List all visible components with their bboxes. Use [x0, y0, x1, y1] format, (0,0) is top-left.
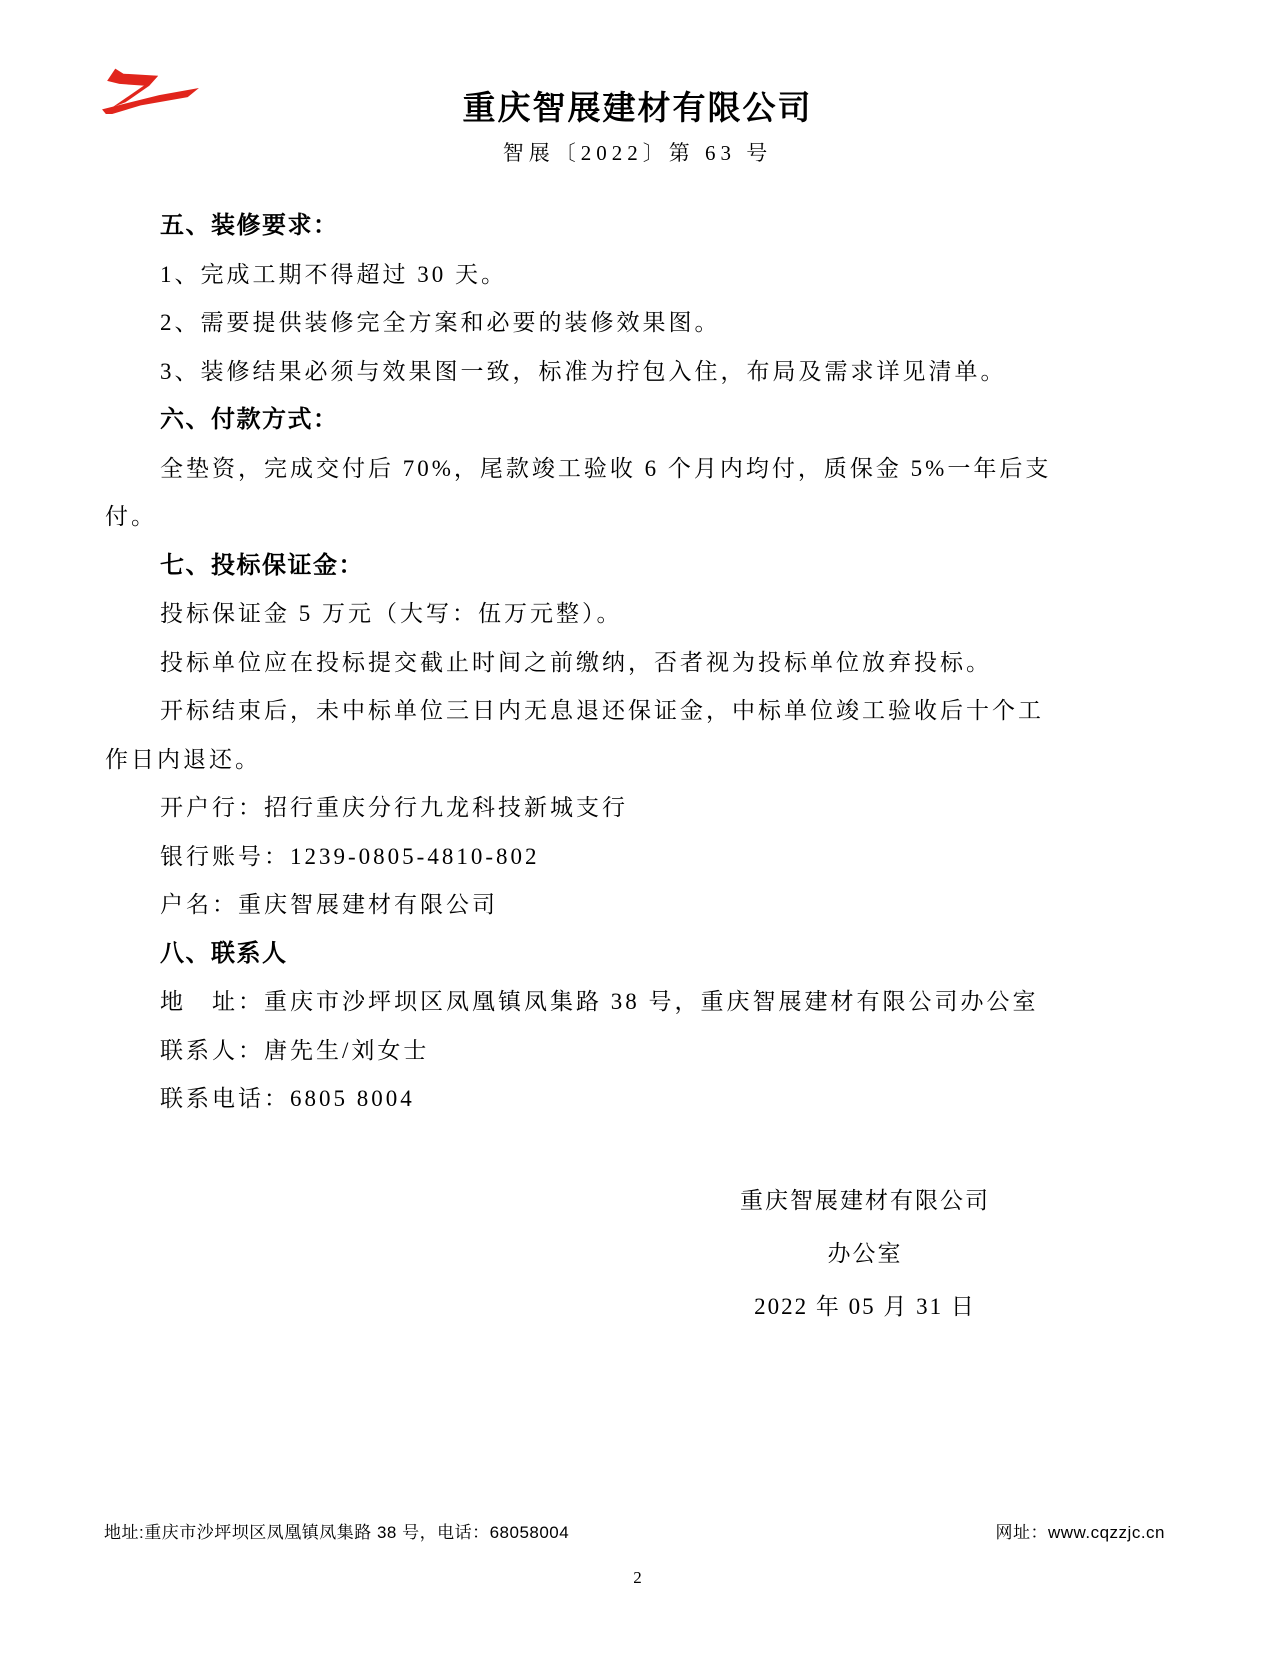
- signature-block: 重庆智展建材有限公司 办公室 2022 年 05 月 31 日: [610, 1174, 1120, 1333]
- body-line: 开户行：招行重庆分行九龙科技新城支行: [105, 784, 1180, 833]
- body-line: 户名：重庆智展建材有限公司: [105, 881, 1180, 930]
- body-line: 1、完成工期不得超过 30 天。: [105, 251, 1180, 300]
- section-heading: 八、联系人: [105, 930, 1180, 979]
- body-line: 全垫资，完成交付后 70%，尾款竣工验收 6 个月内均付，质保金 5%一年后支: [105, 445, 1180, 494]
- body-line: 银行账号：1239-0805-4810-802: [105, 833, 1180, 882]
- body-line: 地 址：重庆市沙坪坝区凤凰镇凤集路 38 号，重庆智展建材有限公司办公室: [105, 978, 1180, 1027]
- section-heading: 五、装修要求：: [105, 202, 1180, 251]
- body-line: 3、装修结果必须与效果图一致，标准为拧包入住，布局及需求详见清单。: [105, 348, 1180, 397]
- body-line: 联系电话：6805 8004: [105, 1075, 1180, 1124]
- body-line: 开标结束后，未中标单位三日内无息退还保证金，中标单位竣工验收后十个工: [105, 687, 1180, 736]
- footer-website: 网址：www.cqzzjc.cn: [995, 1518, 1165, 1543]
- page-number: 2: [0, 1568, 1275, 1588]
- signature-date: 2022 年 05 月 31 日: [610, 1280, 1120, 1333]
- document-body: 五、装修要求：1、完成工期不得超过 30 天。2、需要提供装修完全方案和必要的装…: [105, 202, 1180, 1124]
- section-heading: 七、投标保证金：: [105, 542, 1180, 591]
- document-page: 重庆智展建材有限公司 智展〔2022〕第 63 号 五、装修要求：1、完成工期不…: [0, 0, 1275, 1662]
- body-line: 2、需要提供装修完全方案和必要的装修效果图。: [105, 299, 1180, 348]
- body-line: 付。: [105, 493, 1180, 542]
- page-title: 重庆智展建材有限公司: [0, 82, 1275, 129]
- body-line: 投标保证金 5 万元（大写：伍万元整）。: [105, 590, 1180, 639]
- body-line: 作日内退还。: [105, 736, 1180, 785]
- signature-department: 办公室: [610, 1227, 1120, 1280]
- footer-address-phone: 地址:重庆市沙坪坝区凤凰镇凤集路 38 号，电话：68058004: [104, 1518, 569, 1543]
- doc-number: 智展〔2022〕第 63 号: [0, 137, 1275, 167]
- section-heading: 六、付款方式：: [105, 396, 1180, 445]
- body-line: 联系人：唐先生/刘女士: [105, 1027, 1180, 1076]
- signature-company: 重庆智展建材有限公司: [610, 1174, 1120, 1227]
- body-line: 投标单位应在投标提交截止时间之前缴纳，否者视为投标单位放弃投标。: [105, 639, 1180, 688]
